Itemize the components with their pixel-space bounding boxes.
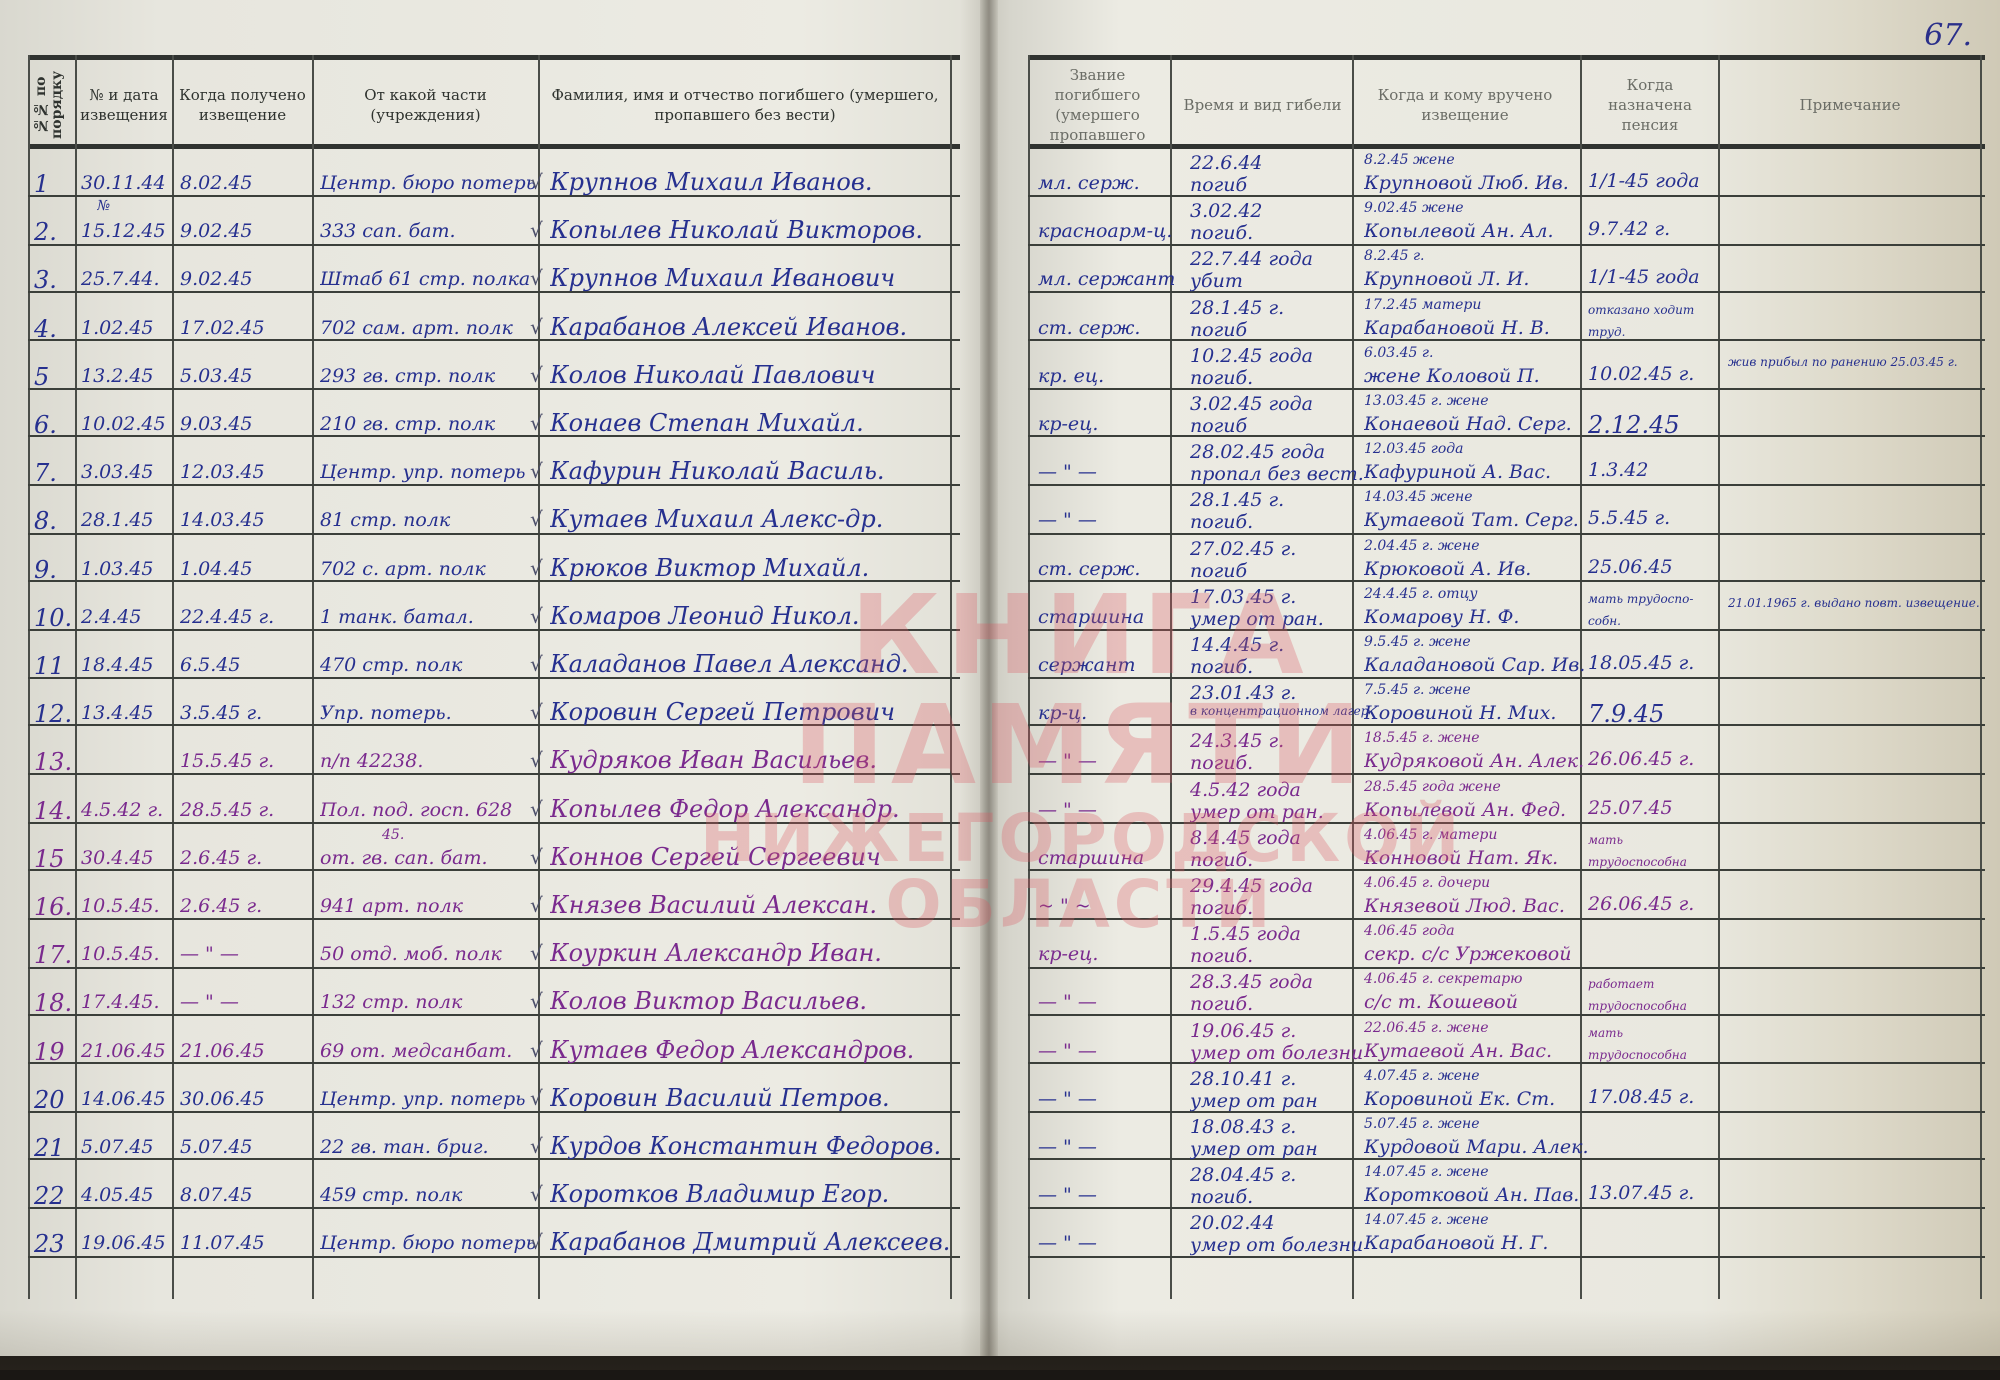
row-pension: 1/1-45 года [1588,266,1723,288]
row-rank: — " — [1038,461,1178,483]
row-handed-line2: Коровиной Ек. Ст. [1364,1088,1589,1110]
row-name: Кудряков Иван Васильев. [550,746,960,774]
row-notice: 17.4.45. [81,991,173,1013]
row-pension: 18.05.45 г. [1588,652,1723,674]
header-note: Примечание [1725,62,1975,147]
header-handed: Когда и кому вручено извещение [1355,62,1575,147]
check-mark-icon: √ [530,266,543,290]
check-mark-icon: √ [530,411,543,435]
row-pension: отказано ходит труд. [1588,299,1723,343]
row-unit: п/п 42238. [320,750,540,772]
row-death-kind: умер от ран. [1190,608,1370,630]
check-mark-icon: √ [530,1086,543,1110]
row-death-date: 28.3.45 года [1190,971,1365,993]
row-handed-line2: Крупновой Люб. Ив. [1364,172,1589,194]
row-death-kind: погиб. [1190,752,1370,774]
row-unit: 50 отд. моб. полк [320,943,540,965]
row-death-kind: погиб. [1190,367,1370,389]
row-received: 9.02.45 [180,220,315,242]
row-death-date: 20.02.44 [1190,1212,1365,1234]
row-name: Комаров Леонид Никол. [550,602,960,630]
row-rule [1028,1256,1985,1258]
row-handed-line1: 13.03.45 г. жене [1364,393,1589,409]
row-handed-line2: Курдовой Мари. Алек. [1364,1136,1589,1158]
row-death-kind: погиб. [1190,993,1370,1015]
check-mark-icon: √ [530,941,543,965]
row-rule [1028,484,1985,486]
row-pension: 26.06.45 г. [1588,893,1723,915]
row-rank: — " — [1038,1136,1178,1158]
row-pension: 17.08.45 г. [1588,1086,1723,1108]
row-rank: — " — [1038,1088,1178,1110]
row-death-date: 28.1.45 г. [1190,297,1365,319]
row-seq: 7. [34,459,76,487]
row-notice: 18.4.45 [81,654,173,676]
row-rule [1028,244,1985,246]
row-death-kind: погиб [1190,319,1370,341]
row-received: 14.03.45 [180,509,315,531]
row-unit: Центр. бюро потерь [320,172,540,194]
row-name: Карабанов Дмитрий Алексеев. [550,1228,960,1256]
row-name: Крупнов Михаил Иванов. [550,168,960,196]
row-seq: 20 [34,1086,76,1114]
row-received: 11.07.45 [180,1232,315,1254]
row-rank: старшина [1038,847,1178,869]
row-death-date: 28.1.45 г. [1190,489,1365,511]
row-rule [1028,1207,1985,1209]
row-pension: мать трудоспособна [1588,829,1723,873]
row-rule [1028,533,1985,535]
row-name: Коровин Василий Петров. [550,1084,960,1112]
row-notice: 10.5.45. [81,943,173,965]
row-notice: 19.06.45 [81,1232,173,1254]
row-rule [1028,1014,1985,1016]
row-rule [1028,677,1985,679]
row-handed-line1: 4.06.45 года [1364,923,1589,939]
row-death-kind: погиб [1190,174,1370,196]
check-mark-icon: √ [530,893,543,917]
row-handed-line1: 14.03.45 жене [1364,489,1589,505]
row-handed-line2: секр. с/с Уржековой [1364,943,1589,965]
row-handed-line2: жене Коловой П. [1364,365,1589,387]
row-rule [1028,1111,1985,1113]
row-unit: 702 с. арт. полк [320,558,540,580]
row-death-date: 19.06.45 г. [1190,1020,1365,1042]
row-unit: 941 арт. полк [320,895,540,917]
row-received: 21.06.45 [180,1040,315,1062]
row-handed-line1: 9.5.45 г. жене [1364,634,1589,650]
row-seq: 3. [34,266,76,294]
row-death-date: 14.4.45 г. [1190,634,1365,656]
row-unit: 132 стр. полк [320,991,540,1013]
check-mark-icon: √ [530,363,543,387]
row-death-kind: убит [1190,270,1370,292]
row-death-date: 28.10.41 г. [1190,1068,1365,1090]
row-notice: 14.06.45 [81,1088,173,1110]
row-pension: 25.07.45 [1588,797,1723,819]
row-name: Князев Василий Алексан. [550,891,960,919]
row-name: Крупнов Михаил Иванович [550,264,960,292]
row-notice: 28.1.45 [81,509,173,531]
row-rule [1028,435,1985,437]
row-pension: 2.12.45 [1588,411,1723,439]
row-handed-line2: Карабановой Н. Г. [1364,1232,1589,1254]
row-seq: 8. [34,507,76,535]
row-seq: 14. [34,797,76,825]
check-mark-icon: √ [530,1038,543,1062]
row-handed-line1: 22.06.45 г. жене [1364,1020,1589,1036]
row-notice: 15.12.45 [81,220,173,242]
row-rank: — " — [1038,750,1178,772]
row-handed-line2: Конаевой Над. Серг. [1364,413,1589,435]
left-table-grid [0,0,985,1370]
row-rank: старшина [1038,606,1178,628]
row-rank: сержант [1038,654,1178,676]
right-page: 67. Звание погибшего (умершего пропавшег… [990,0,2000,1370]
row-rank: кр-ец. [1038,413,1178,435]
row-note: жив прибыл по ранению 25.03.45 г. [1728,351,1983,373]
row-pension: 13.07.45 г. [1588,1182,1723,1204]
check-mark-icon: √ [530,1182,543,1206]
row-rank: — " — [1038,509,1178,531]
row-rule [1028,724,1985,726]
row-received: 1.04.45 [180,558,315,580]
row-unit: от. гв. сап. бат. [320,847,540,869]
row-death-date: 1.5.45 года [1190,923,1365,945]
row-rank: ~ " ~ [1038,895,1178,917]
row-name: Кутаев Федор Александров. [550,1036,960,1064]
row-notice: 2.4.45 [81,606,173,628]
row-death-date: 27.02.45 г. [1190,538,1365,560]
row-unit: 459 стр. полк [320,1184,540,1206]
row-pension: работает трудоспособна [1588,973,1723,1017]
row-name: Коуркин Александр Иван. [550,939,960,967]
row-seq: 11 [34,652,76,680]
row-unit: Центр. бюро потерь [320,1232,540,1254]
check-mark-icon: √ [530,507,543,531]
row-rank: ст. серж. [1038,558,1178,580]
row-handed-line2: Кутаевой Тат. Серг. [1364,509,1589,531]
row-death-kind: погиб [1190,560,1370,582]
row-death-date: 28.04.45 г. [1190,1164,1365,1186]
row-name: Коровин Сергей Петрович [550,698,960,726]
row-handed-line1: 6.03.45 г. [1364,345,1589,361]
row-handed-line2: Крюковой А. Ив. [1364,558,1589,580]
row-death-kind: пропал без вест. [1190,463,1370,485]
row-notice-extra: № [97,198,137,214]
row-pension: 10.02.45 г. [1588,363,1723,385]
row-handed-line2: Кафуриной А. Вас. [1364,461,1589,483]
row-seq: 18. [34,989,76,1017]
row-rank: — " — [1038,1232,1178,1254]
row-death-date: 10.2.45 года [1190,345,1365,367]
row-name: Крюков Виктор Михайл. [550,554,960,582]
row-death-kind: умер от болезни [1190,1234,1370,1256]
row-handed-line1: 14.07.45 г. жене [1364,1212,1589,1228]
row-unit: 81 стр. полк [320,509,540,531]
row-handed-line2: Копылевой Ан. Фед. [1364,799,1589,821]
row-pension: 26.06.45 г. [1588,748,1723,770]
row-rank: — " — [1038,991,1178,1013]
row-name: Копылев Николай Викторов. [550,216,960,244]
row-rule [1028,1158,1985,1160]
row-seq: 22 [34,1182,76,1210]
row-seq: 17. [34,941,76,969]
row-death-kind: погиб [1190,415,1370,437]
row-unit: Пол. под. госп. 628 [320,799,540,821]
row-rank: кр-ец. [1038,943,1178,965]
row-death-date: 3.02.45 года [1190,393,1365,415]
row-handed-line1: 2.04.45 г. жене [1364,538,1589,554]
check-mark-icon: √ [530,604,543,628]
row-unit: Центр. упр. потерь [320,1088,540,1110]
row-unit: Штаб 61 стр. полка [320,268,540,290]
row-handed-line1: 14.07.45 г. жене [1364,1164,1589,1180]
row-pension: мать трудоспо-собн. [1588,588,1723,632]
row-notice: 13.4.45 [81,702,173,724]
row-name: Копылев Федор Александр. [550,795,960,823]
row-unit: 293 гв. стр. полк [320,365,540,387]
row-received: 2.6.45 г. [180,847,315,869]
row-name: Колов Виктор Васильев. [550,987,960,1015]
row-received: 3.5.45 г. [180,702,315,724]
check-mark-icon: √ [530,556,543,580]
row-handed-line2: с/с т. Кошевой [1364,991,1589,1013]
header-seq: №№ по порядку [28,62,70,147]
row-received: 5.07.45 [180,1136,315,1158]
row-death-date: 18.08.43 г. [1190,1116,1365,1138]
row-handed-line1: 8.2.45 г. [1364,248,1589,264]
row-handed-line1: 18.5.45 г. жене [1364,730,1589,746]
row-death-date: 23.01.43 г. [1190,682,1365,704]
check-mark-icon: √ [530,700,543,724]
row-seq: 16. [34,893,76,921]
left-page: №№ по порядку № и дата извещения Когда п… [0,0,985,1370]
row-rule [1028,339,1985,341]
check-mark-icon: √ [530,797,543,821]
row-name: Конаев Степан Михайл. [550,409,960,437]
row-handed-line1: 4.06.45 г. дочери [1364,875,1589,891]
row-death-kind: погиб. [1190,656,1370,678]
row-notice: 10.5.45. [81,895,173,917]
row-received: 28.5.45 г. [180,799,315,821]
row-rank: — " — [1038,799,1178,821]
row-received: 9.03.45 [180,413,315,435]
row-handed-line1: 5.07.45 г. жене [1364,1116,1589,1132]
check-mark-icon: √ [530,1230,543,1254]
header-notice: № и дата извещения [78,62,170,147]
row-handed-line1: 9.02.45 жене [1364,200,1589,216]
row-handed-line1: 4.06.45 г. секретарю [1364,971,1589,987]
check-mark-icon: √ [530,748,543,772]
row-handed-line2: Крупновой Л. И. [1364,268,1589,290]
row-rank: кр-ц. [1038,702,1178,724]
row-seq: 2. [34,218,76,246]
row-received: 15.5.45 г. [180,750,315,772]
row-death-kind: умер от ран [1190,1090,1370,1112]
row-death-kind: погиб. [1190,1186,1370,1208]
row-death-kind: умер от болезни [1190,1042,1370,1064]
row-received: 8.02.45 [180,172,315,194]
row-received: 12.03.45 [180,461,315,483]
row-pension: 5.5.45 г. [1588,507,1723,529]
row-notice: 1.03.45 [81,558,173,580]
row-rank: кр. ец. [1038,365,1178,387]
row-death-date: 22.7.44 года [1190,248,1365,270]
ledger-spread: №№ по порядку № и дата извещения Когда п… [0,0,2000,1370]
row-unit: 702 сам. арт. полк [320,317,540,339]
row-death-kind: погиб. [1190,945,1370,967]
header-death: Время и вид гибели [1175,62,1350,147]
row-handed-line1: 4.07.45 г. жене [1364,1068,1589,1084]
row-handed-line2: Коровиной Н. Мих. [1364,702,1589,724]
row-handed-line1: 28.5.45 года жене [1364,779,1589,795]
row-pension: 7.9.45 [1588,700,1723,728]
row-death-kind: погиб. [1190,897,1370,919]
row-handed-line2: Комарову Н. Ф. [1364,606,1589,628]
row-death-kind: погиб. [1190,222,1370,244]
row-received: 6.5.45 [180,654,315,676]
check-mark-icon: √ [530,1134,543,1158]
row-unit: Упр. потерь. [320,702,540,724]
row-unit-extra: 45. [382,827,422,843]
row-death-kind: умер от ран. [1190,801,1370,823]
row-seq: 9. [34,556,76,584]
row-received: — " — [180,943,315,965]
header-received: Когда получено извещение [175,62,310,147]
row-seq: 15 [34,845,76,873]
row-rule [1028,1062,1985,1064]
row-received: — " — [180,991,315,1013]
row-name: Кафурин Николай Василь. [550,457,960,485]
row-pension: 1.3.42 [1588,459,1723,481]
row-seq: 12. [34,700,76,728]
row-notice: 25.7.44. [81,268,173,290]
row-death-date: 24.3.45 г. [1190,730,1365,752]
header-top-rule [28,55,960,60]
row-rank: — " — [1038,1184,1178,1206]
row-unit: 333 сап. бат. [320,220,540,242]
row-unit: Центр. упр. потерь [320,461,540,483]
row-rank: мл. сержант [1038,268,1178,290]
row-death-date: 17.03.45 г. [1190,586,1365,608]
row-rank: — " — [1038,1040,1178,1062]
check-mark-icon: √ [530,218,543,242]
row-rank: ст. серж. [1038,317,1178,339]
row-unit: 22 гв. тан. бриг. [320,1136,540,1158]
row-handed-line2: Копылевой Ан. Ал. [1364,220,1589,242]
row-received: 17.02.45 [180,317,315,339]
row-handed-line1: 4.06.45 г. матери [1364,827,1589,843]
row-seq: 6. [34,411,76,439]
page-bottom-edge [0,1356,2000,1370]
check-mark-icon: √ [530,652,543,676]
row-pension: 25.06.45 [1588,556,1723,578]
check-mark-icon: √ [530,989,543,1013]
row-rule [1028,629,1985,631]
check-mark-icon: √ [530,170,543,194]
row-seq: 10. [34,604,76,632]
row-handed-line2: Кутаевой Ан. Вас. [1364,1040,1589,1062]
row-rule [1028,869,1985,871]
row-name: Кутаев Михаил Алекс-др. [550,505,960,533]
row-rule [1028,967,1985,969]
row-rule [1028,388,1985,390]
row-handed-line2: Князевой Люд. Вас. [1364,895,1589,917]
check-mark-icon: √ [530,315,543,339]
row-handed-line2: Кудряковой Ан. Алек. [1364,750,1589,772]
row-name: Колов Николай Павлович [550,361,960,389]
row-death-kind: погиб. [1190,511,1370,533]
row-notice: 3.03.45 [81,461,173,483]
check-mark-icon: √ [530,459,543,483]
row-death-kind: в концентрационном лагере в Германии пог… [1190,704,1370,718]
row-notice: 30.4.45 [81,847,173,869]
row-rule [1028,773,1985,775]
row-seq: 4. [34,315,76,343]
row-rule [1028,580,1985,582]
row-seq: 5 [34,363,76,391]
row-handed-line1: 17.2.45 матери [1364,297,1589,313]
row-handed-line1: 8.2.45 жене [1364,152,1589,168]
row-name: Коннов Сергей Сергеевич [550,843,960,871]
row-notice: 1.02.45 [81,317,173,339]
row-unit: 69 от. медсанбат. [320,1040,540,1062]
row-pension: мать трудоспособна [1588,1022,1723,1066]
row-rule [1028,195,1985,197]
row-death-date: 28.02.45 года [1190,441,1365,463]
row-death-date: 4.5.42 года [1190,779,1365,801]
header-rank: Звание погибшего (умершего пропавшего [1030,62,1165,147]
row-seq: 13. [34,748,76,776]
row-name: Курдов Константин Федоров. [550,1132,960,1160]
row-pension: 9.7.42 г. [1588,218,1723,240]
row-unit: 1 танк. батал. [320,606,540,628]
row-handed-line2: Конновой Нат. Як. [1364,847,1589,869]
row-death-date: 29.4.45 года [1190,875,1365,897]
row-received: 2.6.45 г. [180,895,315,917]
row-notice: 5.07.45 [81,1136,173,1158]
row-notice: 13.2.45 [81,365,173,387]
row-handed-line1: 12.03.45 года [1364,441,1589,457]
row-received: 5.03.45 [180,365,315,387]
row-notice: 30.11.44 [81,172,173,194]
row-death-date: 3.02.42 [1190,200,1365,222]
row-received: 22.4.45 г. [180,606,315,628]
row-death-date: 8.4.45 года [1190,827,1365,849]
row-notice: 4.5.42 г. [81,799,173,821]
row-notice: 21.06.45 [81,1040,173,1062]
row-seq: 23 [34,1230,76,1258]
row-pension: 1/1-45 года [1588,170,1723,192]
row-seq: 21 [34,1134,76,1162]
row-rank: мл. серж. [1038,172,1178,194]
header-name: Фамилия, имя и отчество погибшего (умерш… [545,62,945,147]
row-handed-line2: Каладановой Сар. Ив. [1364,654,1589,676]
row-received: 8.07.45 [180,1184,315,1206]
row-rule [1028,918,1985,920]
row-rank: красноарм-ц. [1038,220,1178,242]
check-mark-icon: √ [530,845,543,869]
row-unit: 470 стр. полк [320,654,540,676]
row-seq: 19 [34,1038,76,1066]
row-name: Коротков Владимир Егор. [550,1180,960,1208]
row-death-date: 22.6.44 [1190,152,1365,174]
row-notice: 4.05.45 [81,1184,173,1206]
row-rule [1028,291,1985,293]
row-received: 30.06.45 [180,1088,315,1110]
row-death-kind: умер от ран [1190,1138,1370,1160]
